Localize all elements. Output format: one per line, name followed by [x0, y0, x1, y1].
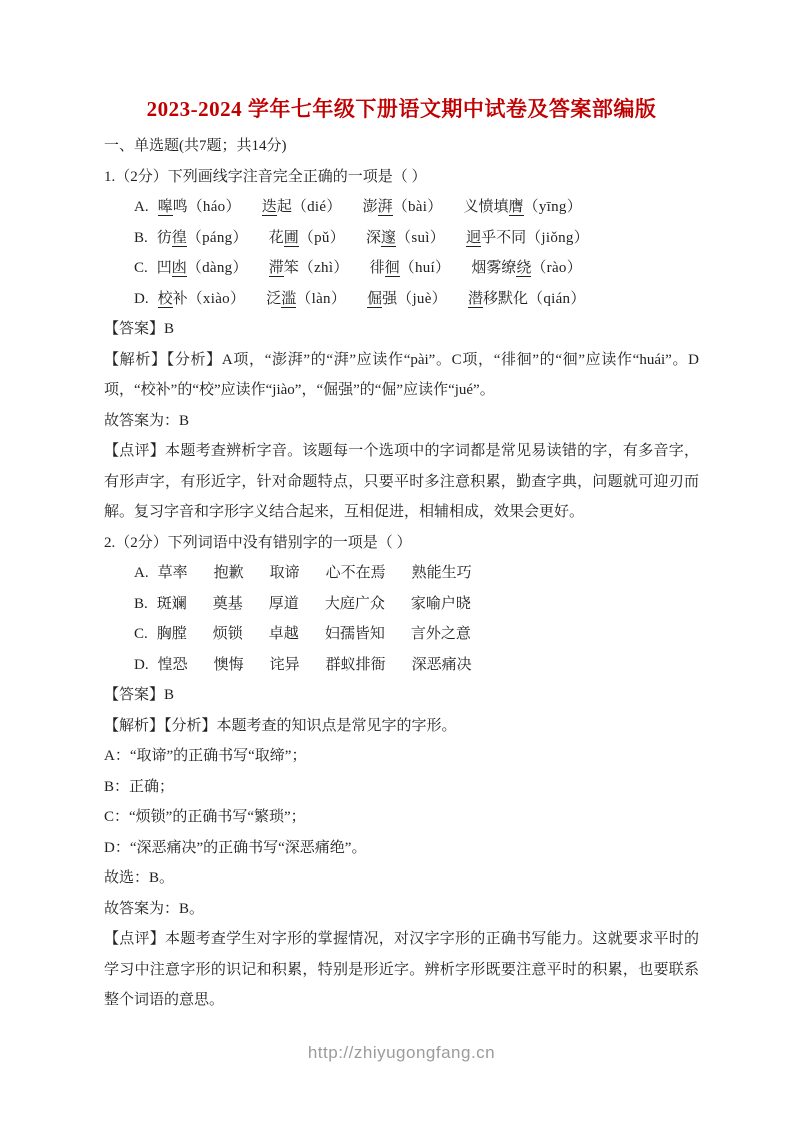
pinyin-label: （làn） [296, 291, 346, 307]
option-word: 大庭广众 [325, 596, 385, 612]
option-word: 胸膛 [157, 626, 187, 642]
word-with-pinyin: 花圃（pǔ） [269, 230, 345, 246]
q1-comment: 【点评】本题考查辨析字音。该题每一个选项中的字词都是常见易读错的字，有多音字，有… [104, 436, 699, 528]
pinyin-label: （zhì） [299, 260, 349, 276]
pinyin-label: （yīng） [524, 199, 582, 215]
char-segment: 凹 [157, 260, 172, 276]
option-word: 斑斓 [157, 596, 187, 612]
q2-answer: 【答案】B [104, 680, 699, 711]
underlined-char: 潜 [468, 291, 483, 308]
q2-choice: 故选：B。 [104, 863, 699, 894]
q2-analysis-item-b: B：正确； [104, 772, 699, 803]
word-with-pinyin: 潜移默化（qián） [468, 291, 586, 308]
word-with-pinyin: 迥乎不同（jiǒng） [466, 230, 589, 247]
q1-conclusion: 故答案为：B [104, 406, 699, 437]
q2-option-row: B.斑斓奠基厚道大庭广众家喻户晓 [104, 589, 699, 620]
option-label: B. [134, 230, 148, 246]
pinyin-label: （xiào） [188, 291, 246, 307]
q2-stem: 2.（2分）下列词语中没有错别字的一项是（ ） [104, 528, 699, 559]
option-word: 懊悔 [214, 657, 244, 673]
word-with-pinyin: 泛滥（làn） [266, 291, 346, 307]
underlined-char: 膺 [509, 199, 524, 216]
option-word: 妇孺皆知 [325, 626, 385, 642]
footer-url: http://zhiyugongfang.cn [104, 1043, 699, 1063]
q1-option-row: A.嗥鸣（háo）迭起（dié）澎湃（bài）义愤填膺（yīng） [104, 192, 699, 223]
q2-analysis-item-a: A：“取谛”的正确书写“取缔”； [104, 741, 699, 772]
option-label: A. [134, 565, 149, 581]
option-word: 草率 [158, 565, 188, 581]
q2-analysis-item-d: D：“深恶痛决”的正确书写“深恶痛绝”。 [104, 833, 699, 864]
pinyin-label: （háo） [188, 199, 241, 215]
underlined-char: 绕 [516, 260, 531, 277]
underlined-char: 迥 [466, 230, 481, 247]
word-with-pinyin: 校补（xiào） [158, 291, 246, 307]
char-segment: 乎不同 [481, 230, 526, 246]
word-with-pinyin: 倔强（juè） [367, 291, 447, 307]
char-segment: 烟雾缭 [471, 260, 516, 276]
pinyin-label: （bài） [393, 199, 443, 215]
underlined-char: 湃 [378, 199, 393, 216]
option-label: B. [134, 596, 148, 612]
option-word: 抱歉 [214, 565, 244, 581]
underlined-char: 圃 [284, 230, 299, 247]
underlined-char: 徨 [172, 230, 187, 247]
char-segment: 澎 [363, 199, 378, 215]
word-with-pinyin: 烟雾缭绕（rào） [471, 260, 582, 277]
pinyin-label: （dié） [292, 199, 342, 215]
option-label: D. [134, 657, 149, 673]
word-with-pinyin: 嗥鸣（háo） [158, 199, 241, 215]
q2-comment: 【点评】本题考查学生对字形的掌握情况，对汉字字形的正确书写能力。这就要求平时的学… [104, 924, 699, 1016]
char-segment: 义愤填 [464, 199, 509, 215]
word-with-pinyin: 滞笨（zhì） [269, 260, 349, 276]
option-label: C. [134, 626, 148, 642]
underlined-char: 凼 [172, 260, 187, 277]
q2-option-row: A.草率抱歉取谛心不在焉熟能生巧 [104, 558, 699, 589]
underlined-char: 邃 [381, 230, 396, 247]
pinyin-label: （juè） [397, 291, 447, 307]
option-word: 取谛 [270, 565, 300, 581]
char-segment: 彷 [157, 230, 172, 246]
char-segment: 花 [269, 230, 284, 246]
option-label: D. [134, 291, 149, 307]
underlined-char: 迭 [262, 199, 277, 216]
char-segment: 徘 [370, 260, 385, 276]
option-word: 心不在焉 [326, 565, 386, 581]
option-word: 熟能生巧 [412, 565, 472, 581]
option-word: 奠基 [213, 596, 243, 612]
q1-option-row: C.凹凼（dàng）滞笨（zhì）徘徊（huí）烟雾缭绕（rào） [104, 253, 699, 284]
option-word: 卓越 [269, 626, 299, 642]
option-word: 群蚁排衙 [326, 657, 386, 673]
q1-option-row: D.校补（xiào）泛滥（làn）倔强（juè）潜移默化（qián） [104, 284, 699, 315]
q1-answer: 【答案】B [104, 314, 699, 345]
section-heading: 一、单选题(共7题；共14分) [104, 131, 699, 162]
pinyin-label: （huí） [400, 260, 451, 276]
option-word: 家喻户晓 [411, 596, 471, 612]
q2-analysis-item-c: C：“烦锁”的正确书写“繁琐”； [104, 802, 699, 833]
option-word: 言外之意 [411, 626, 471, 642]
word-with-pinyin: 迭起（dié） [262, 199, 342, 215]
pinyin-label: （páng） [187, 230, 248, 246]
q2-analysis: 【解析】【分析】本题考查的知识点是常见字的字形。 [104, 711, 699, 742]
word-with-pinyin: 义愤填膺（yīng） [464, 199, 583, 216]
underlined-char: 倔 [367, 291, 382, 308]
q1-analysis: 【解析】【分析】A项，“澎湃”的“湃”应读作“pài”。C项，“徘徊”的“徊”应… [104, 345, 699, 406]
pinyin-label: （suì） [396, 230, 445, 246]
option-word: 诧异 [270, 657, 300, 673]
page-title: 2023-2024 学年七年级下册语文期中试卷及答案部编版 [104, 93, 699, 125]
underlined-char: 滥 [281, 291, 296, 308]
word-with-pinyin: 深邃（suì） [366, 230, 445, 246]
char-segment: 起 [277, 199, 292, 215]
option-word: 深恶痛决 [412, 657, 472, 673]
char-segment: 鸣 [173, 199, 188, 215]
pinyin-label: （dàng） [187, 260, 248, 276]
underlined-char: 滞 [269, 260, 284, 277]
q2-option-row: D.惶恐懊悔诧异群蚁排衙深恶痛决 [104, 650, 699, 681]
option-word: 厚道 [269, 596, 299, 612]
underlined-char: 嗥 [158, 199, 173, 216]
pinyin-label: （qián） [528, 291, 586, 307]
option-label: C. [134, 260, 148, 276]
char-segment: 补 [173, 291, 188, 307]
char-segment: 深 [366, 230, 381, 246]
pinyin-label: （jiǒng） [526, 230, 589, 246]
word-with-pinyin: 彷徨（páng） [157, 230, 248, 246]
option-label: A. [134, 199, 149, 215]
q2-option-row: C.胸膛烦锁卓越妇孺皆知言外之意 [104, 619, 699, 650]
word-with-pinyin: 凹凼（dàng） [157, 260, 248, 276]
pinyin-label: （pǔ） [299, 230, 345, 246]
char-segment: 移默化 [483, 291, 528, 307]
option-word: 惶恐 [158, 657, 188, 673]
q1-option-row: B.彷徨（páng）花圃（pǔ）深邃（suì）迥乎不同（jiǒng） [104, 223, 699, 254]
word-with-pinyin: 澎湃（bài） [363, 199, 443, 215]
char-segment: 泛 [266, 291, 281, 307]
q1-stem: 1.（2分）下列画线字注音完全正确的一项是（ ） [104, 162, 699, 193]
char-segment: 笨 [284, 260, 299, 276]
underlined-char: 校 [158, 291, 173, 308]
option-word: 烦锁 [213, 626, 243, 642]
q2-conclusion: 故答案为：B。 [104, 894, 699, 925]
char-segment: 强 [382, 291, 397, 307]
underlined-char: 徊 [385, 260, 400, 277]
pinyin-label: （rào） [531, 260, 582, 276]
q1-options: A.嗥鸣（háo）迭起（dié）澎湃（bài）义愤填膺（yīng）B.彷徨（pá… [104, 192, 699, 314]
q2-options: A.草率抱歉取谛心不在焉熟能生巧B.斑斓奠基厚道大庭广众家喻户晓C.胸膛烦锁卓越… [104, 558, 699, 680]
document-page: 2023-2024 学年七年级下册语文期中试卷及答案部编版 一、单选题(共7题；… [0, 93, 793, 1063]
word-with-pinyin: 徘徊（huí） [370, 260, 451, 276]
